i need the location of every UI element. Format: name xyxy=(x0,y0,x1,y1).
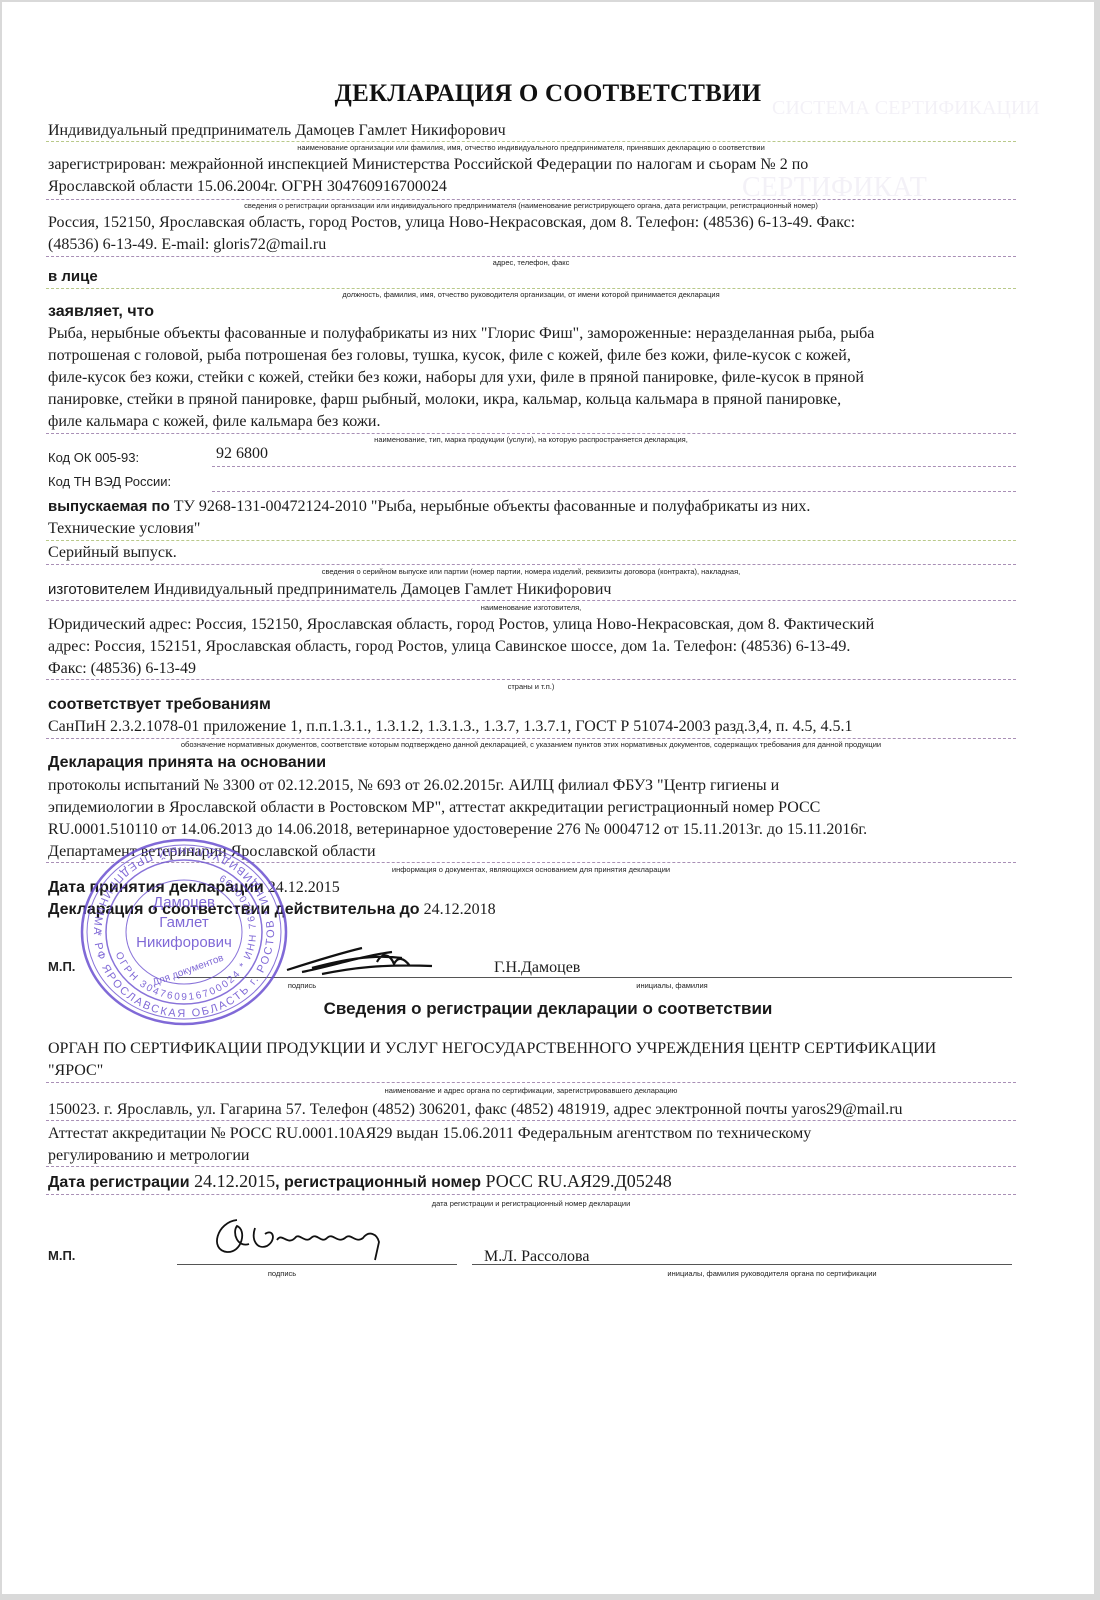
tech-spec-line-1: выпускаемая по ТУ 9268-131-00472124-2010… xyxy=(48,496,1016,518)
signature-scribble-icon xyxy=(207,1210,407,1265)
signature-scribble-icon xyxy=(282,942,442,978)
initials-line-2 xyxy=(472,1264,1012,1265)
registration-date-caption: дата регистрации и регистрационный номер… xyxy=(46,1199,1016,1208)
product-line-4: панировке, стейки в пряной панировке, фа… xyxy=(48,389,1016,411)
declarant-name: Индивидуальный предприниматель Дамоцев Г… xyxy=(48,120,506,142)
basis-label: Декларация принята на основании xyxy=(48,752,326,774)
field-line xyxy=(46,1194,1016,1195)
product-line-5: филе кальмара с кожей, филе кальмара без… xyxy=(48,411,380,433)
registration-number-label: , регистрационный номер xyxy=(275,1174,481,1191)
signatory-initials: Г.Н.Дамоцев xyxy=(494,957,580,979)
representative-caption: должность, фамилия, имя, отчество руково… xyxy=(46,290,1016,299)
valid-until-value: 24.12.2018 xyxy=(424,901,496,918)
okp-code-label: Код ОК 005-93: xyxy=(48,447,139,469)
tnved-code-label: Код ТН ВЭД России: xyxy=(48,471,171,493)
statement-label: заявляет, что xyxy=(48,301,154,323)
field-line xyxy=(212,466,1016,467)
registration-number-value: РОСС RU.АЯ29.Д05248 xyxy=(485,1171,671,1191)
address-caption: адрес, телефон, факс xyxy=(46,258,1016,267)
manufacturer-address-line-2: адрес: Россия, 152151, Ярославская облас… xyxy=(48,636,850,658)
cert-body-address: 150023. г. Ярославль, ул. Гагарина 57. Т… xyxy=(48,1099,903,1121)
document-title: ДЕКЛАРАЦИЯ О СООТВЕТСТВИИ xyxy=(2,80,1094,108)
manufacturer-address-line-3: Факс: (48536) 6-13-49 xyxy=(48,658,196,680)
manufacturer-caption: наименование изготовителя, xyxy=(46,603,1016,612)
svg-text:Для документов: Для документов xyxy=(151,953,225,989)
registration-date-label: Дата регистрации xyxy=(48,1174,190,1191)
requirements-caption: обозначение нормативных документов, соот… xyxy=(46,740,1016,749)
field-line xyxy=(46,433,1016,434)
cert-body-line-1: ОРГАН ПО СЕРТИФИКАЦИИ ПРОДУКЦИИ И УСЛУГ … xyxy=(48,1038,936,1060)
field-line xyxy=(46,564,1016,565)
cert-body-line-2: "ЯРОС" xyxy=(48,1060,103,1082)
field-line xyxy=(46,1082,1016,1083)
initials-caption-2: инициалы, фамилия руководителя органа по… xyxy=(642,1269,902,1278)
product-line-3: филе-кусок без кожи, стейки с кожей, сте… xyxy=(48,367,1016,389)
stamp-place-label-2: М.П. xyxy=(48,1245,75,1267)
svg-text:Дамоцев: Дамоцев xyxy=(153,894,215,911)
produced-by-label: выпускаемая по xyxy=(48,498,170,515)
field-line xyxy=(46,199,1016,200)
field-line xyxy=(46,288,1016,289)
field-line xyxy=(46,1120,1016,1121)
accreditation-line-2: регулированию и метрологии xyxy=(48,1145,249,1167)
registration-date-value: 24.12.2015 xyxy=(194,1171,275,1191)
initials-caption: инициалы, фамилия xyxy=(602,981,742,990)
initials-line xyxy=(482,977,1012,978)
accreditation-line-1: Аттестат аккредитации № РОСС RU.0001.10А… xyxy=(48,1123,811,1145)
registration-line-1: зарегистрирован: межрайонной инспекцией … xyxy=(48,154,808,176)
stamp-place-label: М.П. xyxy=(48,956,75,978)
product-caption: наименование, тип, марка продукции (услу… xyxy=(46,435,1016,444)
field-line xyxy=(46,679,1016,680)
declarant-name-caption: наименование организации или фамилия, им… xyxy=(46,143,1016,152)
manufacturer-label: изготовителем xyxy=(48,581,150,598)
tech-spec-line-2: Технические условия" xyxy=(48,518,200,540)
manufacturer-address-caption: страны и т.п.) xyxy=(46,682,1016,691)
field-line xyxy=(46,256,1016,257)
product-line-1: Рыба, нерыбные объекты фасованные и полу… xyxy=(48,323,1016,345)
basis-line-2: эпидемиологии в Ярославской области в Ро… xyxy=(48,797,1016,819)
signature-caption-2: подпись xyxy=(252,1269,312,1278)
field-line xyxy=(46,1166,1016,1167)
serial-release: Серийный выпуск. xyxy=(48,542,177,564)
registration-date-line: Дата регистрации 24.12.2015, регистрацио… xyxy=(48,1170,672,1194)
declarant-address-line-2: (48536) 6-13-49. E-mail: gloris72@mail.r… xyxy=(48,234,326,256)
basis-line-1: протоколы испытаний № 3300 от 02.12.2015… xyxy=(48,775,1016,797)
field-line xyxy=(46,141,1016,142)
tech-spec-text: ТУ 9268-131-00472124-2010 "Рыба, нерыбны… xyxy=(174,498,811,515)
registration-caption: сведения о регистрации организации или и… xyxy=(46,201,1016,210)
manufacturer-name: Индивидуальный предприниматель Дамоцев Г… xyxy=(154,581,612,598)
registration-line-2: Ярославской области 15.06.2004г. ОГРН 30… xyxy=(48,176,447,198)
cert-body-caption: наименование и адрес органа по сертифика… xyxy=(46,1086,1016,1095)
manufacturer-line: изготовителем Индивидуальный предпринима… xyxy=(48,579,611,601)
requirements-label: соответствует требованиям xyxy=(48,694,271,716)
product-line-2: потрошеная с головой, рыба потрошеная бе… xyxy=(48,345,1016,367)
registration-heading: Сведения о регистрации декларации о соот… xyxy=(2,999,1094,1019)
okp-code-value: 92 6800 xyxy=(216,443,268,465)
field-line xyxy=(46,738,1016,739)
declarant-address-line-1: Россия, 152150, Ярославская область, гор… xyxy=(48,212,855,234)
manufacturer-address-line-1: Юридический адрес: Россия, 152150, Яросл… xyxy=(48,614,1016,636)
field-line xyxy=(212,491,1016,492)
svg-text:Гамлет: Гамлет xyxy=(159,914,209,931)
representative-label: в лице xyxy=(48,266,98,288)
serial-caption: сведения о серийном выпуске или партии (… xyxy=(46,567,1016,576)
declaration-page: СИСТЕМА СЕРТИФИКАЦИИ СЕРТИФИКАТ ДЕКЛАРАЦ… xyxy=(2,2,1094,1594)
svg-text:Никифорович: Никифорович xyxy=(136,934,232,951)
field-line xyxy=(46,540,1016,541)
field-line xyxy=(46,600,1016,601)
requirements-value: СанПиН 2.3.2.1078-01 приложение 1, п.п.1… xyxy=(48,716,852,738)
